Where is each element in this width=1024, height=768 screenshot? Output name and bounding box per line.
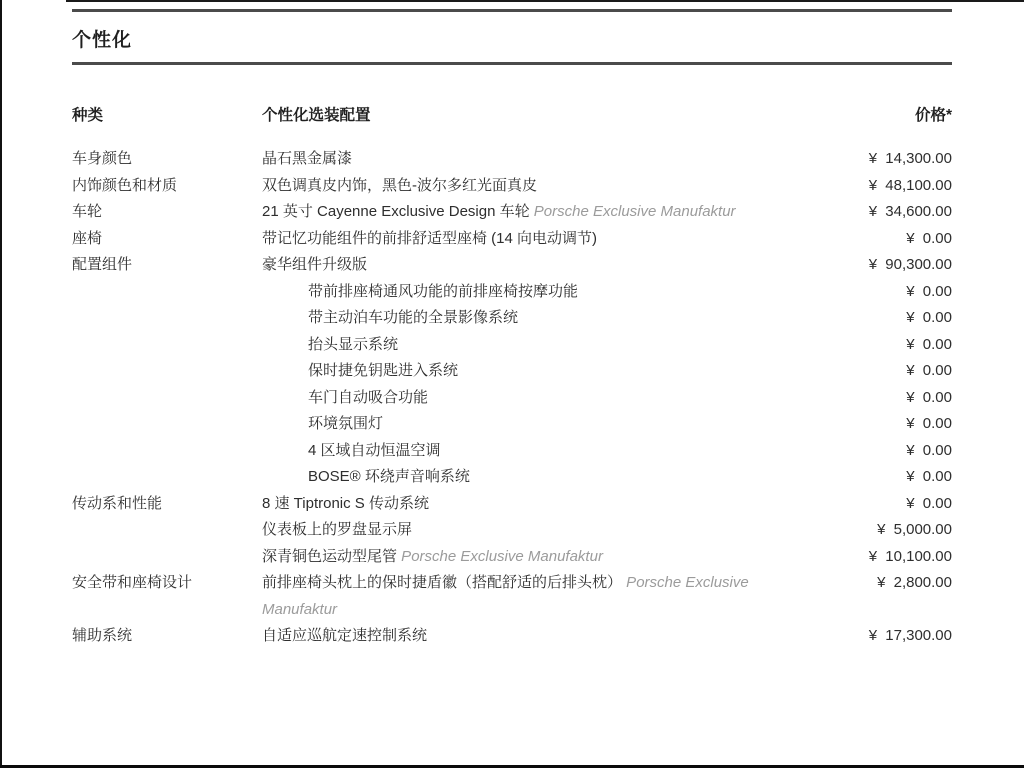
category-cell: 座椅 <box>72 226 262 253</box>
price-cell: ¥ 48,100.00 <box>782 173 952 200</box>
option-cell: 抬头显示系统 <box>262 332 774 359</box>
section-divider-bottom <box>72 62 952 65</box>
option-text: 保时捷免钥匙进入系统 <box>308 362 458 379</box>
option-text: BOSE® 环绕声音响系统 <box>308 468 470 485</box>
price-cell: ¥ 90,300.00 <box>782 252 952 279</box>
table-row: 仪表板上的罗盘显示屏 ¥ 5,000.00 <box>72 517 952 544</box>
table-row: 安全带和座椅设计 前排座椅头枕上的保时捷盾徽（搭配舒适的后排头枕） Porsch… <box>72 570 952 623</box>
option-cell: 带记忆功能组件的前排舒适型座椅 (14 向电动调节) <box>262 226 774 253</box>
option-cell: 4 区域自动恒温空调 <box>262 438 774 465</box>
price-cell: ¥ 0.00 <box>782 332 952 359</box>
options-table-body: 车身颜色 晶石黑金属漆 ¥ 14,300.00 内饰颜色和材质 双色调真皮内饰，… <box>72 146 952 650</box>
option-cell: 仪表板上的罗盘显示屏 <box>262 517 774 544</box>
section-divider-top <box>72 9 952 12</box>
price-cell: ¥ 0.00 <box>782 385 952 412</box>
price-cell: ¥ 0.00 <box>782 491 952 518</box>
option-cell: 晶石黑金属漆 <box>262 146 774 173</box>
table-row: 4 区域自动恒温空调 ¥ 0.00 <box>72 438 952 465</box>
price-cell: ¥ 0.00 <box>782 411 952 438</box>
category-cell: 车身颜色 <box>72 146 262 173</box>
note-text: Porsche Exclusive Manufaktur <box>397 548 603 565</box>
table-row: 车身颜色 晶石黑金属漆 ¥ 14,300.00 <box>72 146 952 173</box>
price-cell: ¥ 2,800.00 <box>782 570 952 597</box>
table-row: 抬头显示系统 ¥ 0.00 <box>72 332 952 359</box>
option-cell: 豪华组件升级版 <box>262 252 774 279</box>
table-row: 环境氛围灯 ¥ 0.00 <box>72 411 952 438</box>
table-row: 车门自动吸合功能 ¥ 0.00 <box>72 385 952 412</box>
price-cell: ¥ 17,300.00 <box>782 623 952 650</box>
category-cell: 辅助系统 <box>72 623 262 650</box>
table-row: 带主动泊车功能的全景影像系统 ¥ 0.00 <box>72 305 952 332</box>
price-cell: ¥ 34,600.00 <box>782 199 952 226</box>
option-cell: 前排座椅头枕上的保时捷盾徽（搭配舒适的后排头枕） Porsche Exclusi… <box>262 570 774 623</box>
table-row: 配置组件 豪华组件升级版 ¥ 90,300.00 <box>72 252 952 279</box>
header-category: 种类 <box>72 103 262 129</box>
category-cell: 安全带和座椅设计 <box>72 570 262 597</box>
option-cell: 保时捷免钥匙进入系统 <box>262 358 774 385</box>
price-cell: ¥ 0.00 <box>782 226 952 253</box>
option-text: 带主动泊车功能的全景影像系统 <box>308 309 518 326</box>
category-cell: 传动系和性能 <box>72 491 262 518</box>
option-text: 4 区域自动恒温空调 <box>308 442 441 459</box>
options-table: 种类 个性化选装配置 价格* 车身颜色 晶石黑金属漆 ¥ 14,300.00 内… <box>72 103 952 650</box>
table-row: 车轮 21 英寸 Cayenne Exclusive Design 车轮 Por… <box>72 199 952 226</box>
option-text: 仪表板上的罗盘显示屏 <box>262 521 412 538</box>
option-cell: 深青铜色运动型尾管 Porsche Exclusive Manufaktur <box>262 544 774 571</box>
price-cell: ¥ 0.00 <box>782 358 952 385</box>
option-text: 豪华组件升级版 <box>262 256 367 273</box>
price-cell: ¥ 10,100.00 <box>782 544 952 571</box>
option-text: 环境氛围灯 <box>308 415 383 432</box>
option-text: 前排座椅头枕上的保时捷盾徽（搭配舒适的后排头枕） <box>262 574 622 591</box>
option-cell: 带前排座椅通风功能的前排座椅按摩功能 <box>262 279 774 306</box>
price-cell: ¥ 0.00 <box>782 279 952 306</box>
header-price: 价格* <box>782 103 952 129</box>
price-cell: ¥ 5,000.00 <box>782 517 952 544</box>
table-row: BOSE® 环绕声音响系统 ¥ 0.00 <box>72 464 952 491</box>
category-cell: 车轮 <box>72 199 262 226</box>
table-header-row: 种类 个性化选装配置 价格* <box>72 103 952 129</box>
table-row: 座椅 带记忆功能组件的前排舒适型座椅 (14 向电动调节) ¥ 0.00 <box>72 226 952 253</box>
price-cell: ¥ 0.00 <box>782 438 952 465</box>
price-cell: ¥ 14,300.00 <box>782 146 952 173</box>
table-row: 辅助系统 自适应巡航定速控制系统 ¥ 17,300.00 <box>72 623 952 650</box>
scan-edge-left <box>0 0 2 768</box>
table-row: 保时捷免钥匙进入系统 ¥ 0.00 <box>72 358 952 385</box>
option-text: 晶石黑金属漆 <box>262 150 352 167</box>
price-cell: ¥ 0.00 <box>782 464 952 491</box>
section-title: 个性化 <box>72 25 952 52</box>
category-cell: 配置组件 <box>72 252 262 279</box>
option-text: 双色调真皮内饰，黑色-波尔多红光面真皮 <box>262 177 537 194</box>
option-cell: 车门自动吸合功能 <box>262 385 774 412</box>
option-text: 21 英寸 Cayenne Exclusive Design 车轮 <box>262 203 530 220</box>
option-text: 深青铜色运动型尾管 <box>262 548 397 565</box>
option-text: 8 速 Tiptronic S 传动系统 <box>262 495 429 512</box>
table-row: 内饰颜色和材质 双色调真皮内饰，黑色-波尔多红光面真皮 ¥ 48,100.00 <box>72 173 952 200</box>
table-row: 传动系和性能 8 速 Tiptronic S 传动系统 ¥ 0.00 <box>72 491 952 518</box>
option-cell: 21 英寸 Cayenne Exclusive Design 车轮 Porsch… <box>262 199 774 226</box>
option-cell: 8 速 Tiptronic S 传动系统 <box>262 491 774 518</box>
option-cell: BOSE® 环绕声音响系统 <box>262 464 774 491</box>
header-option: 个性化选装配置 <box>262 103 774 129</box>
option-text: 车门自动吸合功能 <box>308 389 428 406</box>
document-page: 个性化 种类 个性化选装配置 价格* 车身颜色 晶石黑金属漆 ¥ 14,300.… <box>0 9 1024 650</box>
price-cell: ¥ 0.00 <box>782 305 952 332</box>
option-cell: 双色调真皮内饰，黑色-波尔多红光面真皮 <box>262 173 774 200</box>
scan-edge-top <box>66 0 1024 2</box>
option-text: 带前排座椅通风功能的前排座椅按摩功能 <box>308 283 578 300</box>
option-cell: 环境氛围灯 <box>262 411 774 438</box>
option-text: 带记忆功能组件的前排舒适型座椅 (14 向电动调节) <box>262 230 597 247</box>
category-cell: 内饰颜色和材质 <box>72 173 262 200</box>
note-text: Porsche Exclusive Manufaktur <box>530 203 736 220</box>
table-row: 深青铜色运动型尾管 Porsche Exclusive Manufaktur ¥… <box>72 544 952 571</box>
option-cell: 带主动泊车功能的全景影像系统 <box>262 305 774 332</box>
option-text: 自适应巡航定速控制系统 <box>262 627 427 644</box>
option-cell: 自适应巡航定速控制系统 <box>262 623 774 650</box>
option-text: 抬头显示系统 <box>308 336 398 353</box>
table-row: 带前排座椅通风功能的前排座椅按摩功能 ¥ 0.00 <box>72 279 952 306</box>
